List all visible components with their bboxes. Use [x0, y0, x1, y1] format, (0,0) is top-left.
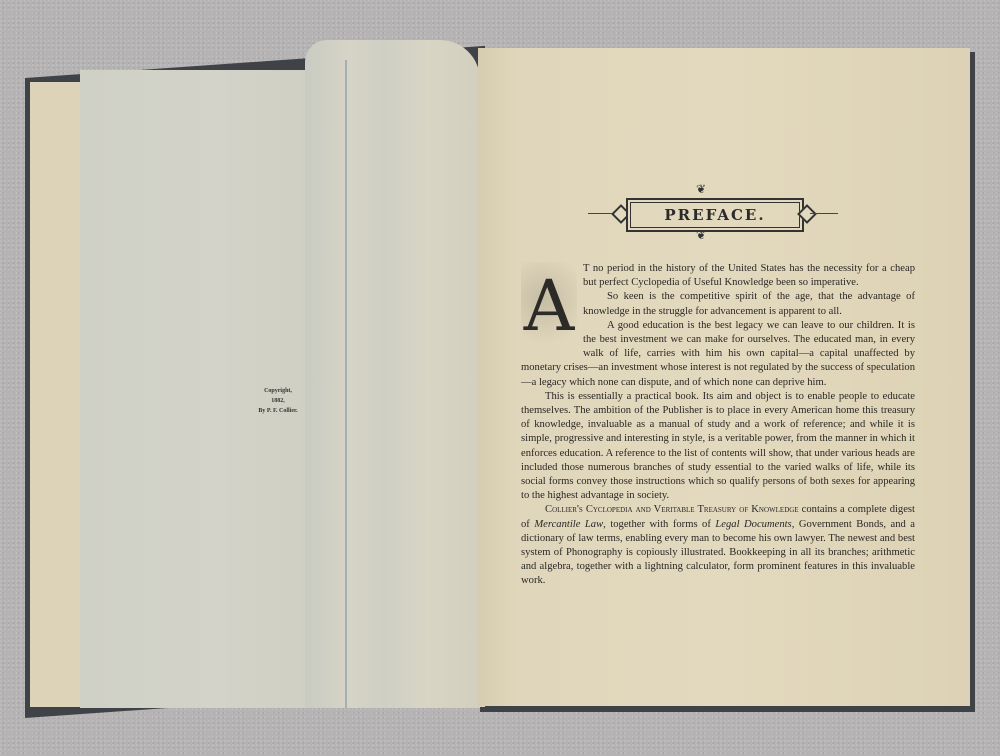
- text-span: , together with forms of: [603, 519, 715, 530]
- mercantile-law: Mercantile Law: [534, 519, 603, 530]
- copyright-notice: Copyright, 1882, By P. F. Collier.: [218, 386, 338, 416]
- paragraph-2: So keen is the competitive spirit of the…: [521, 290, 915, 318]
- page-crease: [345, 60, 347, 708]
- bottom-flourish-icon: ❦: [696, 228, 706, 243]
- ornate-drop-cap: A: [521, 262, 577, 354]
- legal-documents: Legal Documents: [715, 519, 791, 530]
- paragraph-5: Collier's Cyclopedia and Veritable Treas…: [521, 503, 915, 588]
- book-title: Collier's Cyclopedia and Veritable Treas…: [545, 504, 799, 515]
- preface-body: A T no period in the history of the Unit…: [521, 262, 915, 589]
- top-flourish-icon: ❦: [696, 182, 706, 197]
- page-title: PREFACE.: [626, 198, 804, 232]
- preface-heading-banner: ❦ PREFACE. ❦: [588, 186, 838, 242]
- copyright-line: Copyright,: [218, 386, 338, 396]
- folded-page-edge: [305, 40, 480, 708]
- right-rule: [810, 213, 838, 214]
- copyright-publisher: By P. F. Collier.: [218, 406, 338, 416]
- paragraph-3: A good education is the best legacy we c…: [521, 319, 915, 390]
- paragraph-1: T no period in the history of the United…: [521, 262, 915, 290]
- paragraph-4: This is essentially a practical book. It…: [521, 390, 915, 504]
- copyright-year: 1882,: [218, 396, 338, 406]
